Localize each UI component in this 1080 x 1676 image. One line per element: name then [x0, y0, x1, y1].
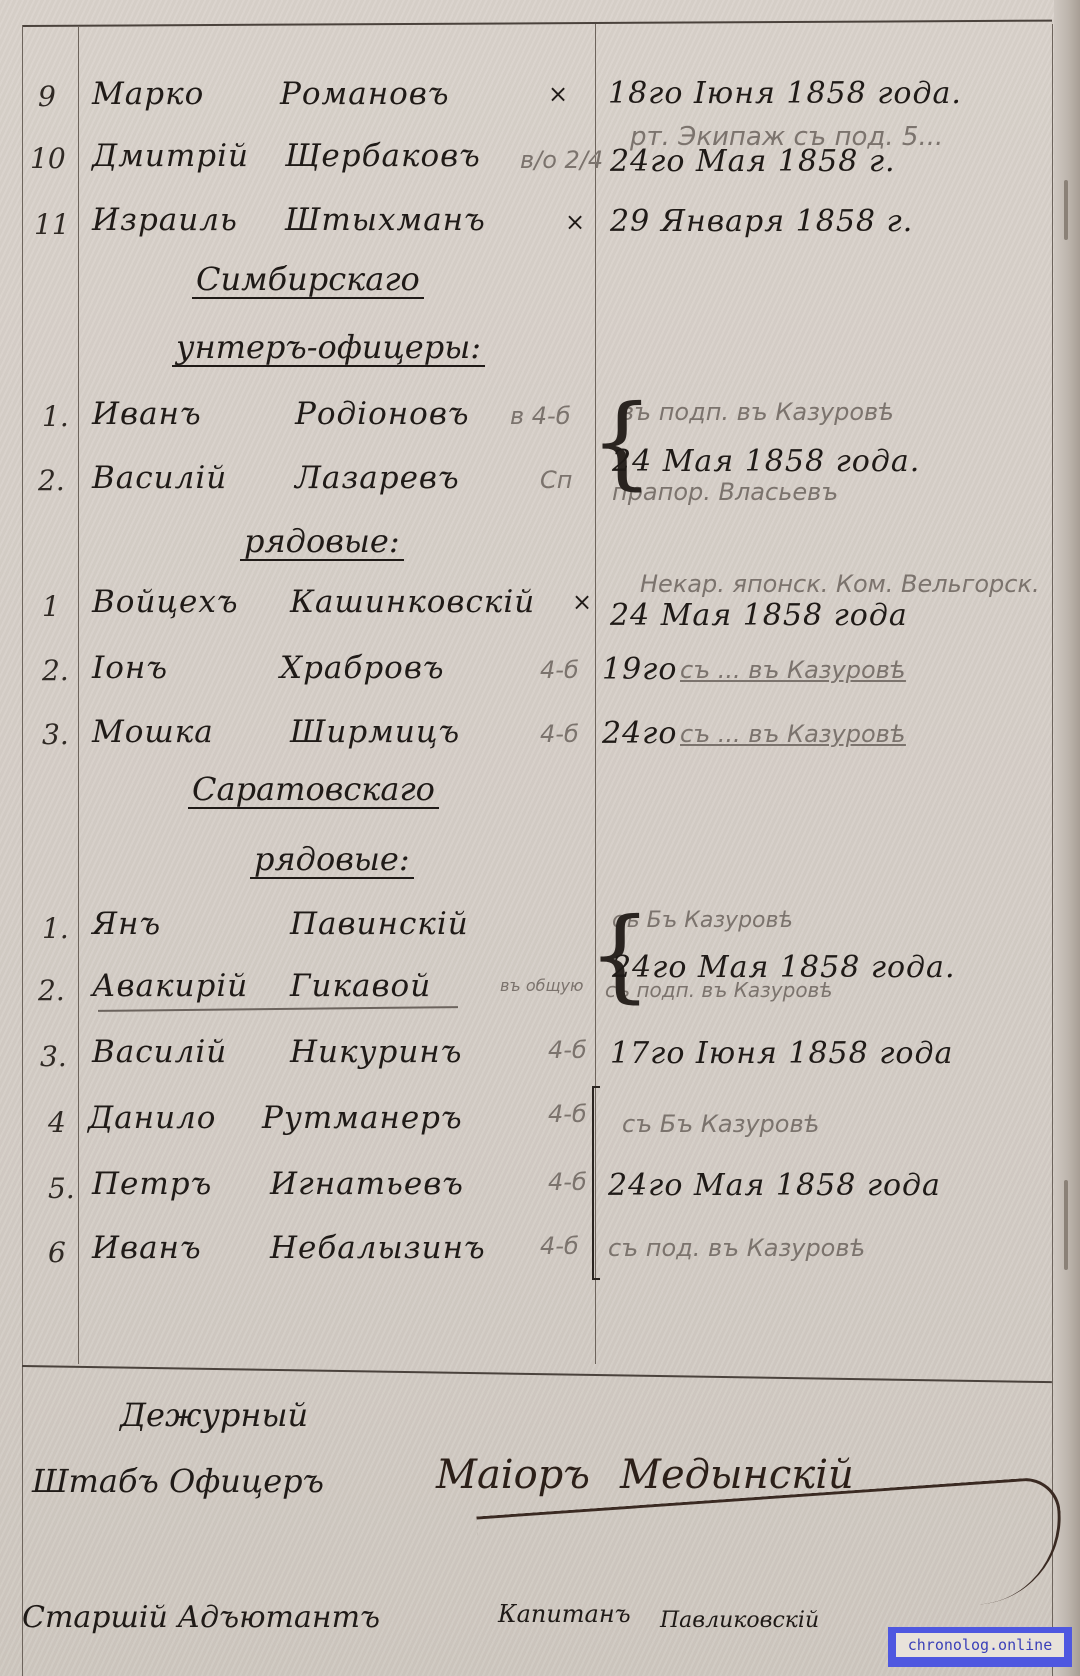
- last-name: Гикавой: [290, 968, 431, 1004]
- first-name: Войцехъ: [92, 584, 239, 620]
- status-mark: Сп: [540, 466, 572, 494]
- last-name: Родiоновъ: [295, 396, 470, 432]
- row-number: 5.: [48, 1172, 75, 1205]
- row-number: 2.: [38, 974, 65, 1007]
- status-mark: въ общую: [500, 976, 583, 995]
- first-name: Янъ: [92, 906, 161, 942]
- date-entry: 29 Января 1858 г.: [610, 204, 913, 239]
- status-mark: 4-б: [540, 1232, 579, 1260]
- row-number: 3.: [42, 718, 69, 751]
- status-mark: ×: [565, 208, 585, 236]
- date-entry: 17го Iюня 1858 года: [610, 1036, 953, 1071]
- last-name: Рутманеръ: [262, 1100, 463, 1136]
- pencil-note: съ ... въ Казуровѣ: [680, 656, 906, 684]
- first-name: Василiй: [92, 460, 227, 496]
- first-name: Израиль: [92, 202, 238, 238]
- strike-underline: [98, 1006, 458, 1012]
- subheading-nco: унтеръ-офицеры:: [172, 330, 485, 367]
- last-name: Ширмицъ: [290, 714, 460, 750]
- major-signature: Медынскiй: [620, 1452, 854, 1498]
- date-entry: 24го Мая 1858 г.: [610, 144, 896, 179]
- first-name: Iонъ: [92, 650, 168, 686]
- last-name: Романовъ: [280, 76, 450, 112]
- first-name: Авакирiй: [92, 968, 248, 1004]
- subheading-privates-saratov: рядовые:: [250, 842, 414, 879]
- status-mark: 4-б: [540, 656, 579, 684]
- date-entry: 18го Iюня 1858 года.: [608, 76, 962, 111]
- status-mark: в/о 2/4: [520, 146, 603, 174]
- last-name: Лазаревъ: [295, 460, 460, 496]
- date-entry: 24 Мая 1858 года: [610, 598, 908, 633]
- captain-rank: Капитанъ: [498, 1600, 631, 1628]
- captain-signature: Павликовскiй: [660, 1608, 819, 1633]
- page-binding-edge: [1054, 0, 1080, 1676]
- first-name: Василiй: [92, 1034, 227, 1070]
- last-name: Игнатьевъ: [270, 1166, 464, 1202]
- table-top-border: [22, 20, 1052, 27]
- first-name: Мошка: [92, 714, 214, 750]
- last-name: Храбровъ: [280, 650, 445, 686]
- section-heading-saratov: Саратовскаго: [188, 772, 439, 809]
- status-mark: ×: [572, 588, 592, 616]
- pencil-note: съ Бъ Казуровѣ: [622, 1110, 820, 1138]
- duty-title: Дежурный: [120, 1396, 308, 1434]
- staff-officer-title: Штабъ Офицеръ: [32, 1462, 324, 1500]
- last-name: Павинскiй: [290, 906, 469, 942]
- pencil-note: съ ... въ Казуровѣ: [680, 720, 906, 748]
- first-name: Данило: [88, 1100, 216, 1136]
- row-number: 4: [48, 1106, 66, 1139]
- major-rank: Маiоръ: [436, 1452, 590, 1498]
- row-number: 6: [48, 1236, 66, 1269]
- date-entry: 24го: [602, 716, 677, 751]
- group-date: 24 Мая 1858 года.: [612, 444, 920, 479]
- row-number: 1.: [42, 912, 69, 945]
- status-mark: 4-б: [548, 1036, 587, 1064]
- row-number: 1: [42, 590, 60, 623]
- senior-adjutant-title: Старшiй Адъютантъ: [22, 1600, 380, 1635]
- status-mark: в 4-б: [510, 402, 571, 430]
- table-left-border: [22, 25, 23, 1676]
- last-name: Штыхманъ: [285, 202, 486, 238]
- group-date: 24го Мая 1858 года.: [612, 950, 955, 985]
- row-number: 3.: [40, 1040, 67, 1073]
- section-heading-simbirsk: Симбирскаго: [192, 262, 424, 299]
- pencil-note: съ под. въ Казуровѣ: [608, 1234, 866, 1262]
- watermark-text: chronolog.online: [896, 1633, 1064, 1657]
- row-number: 2.: [38, 464, 65, 497]
- last-name: Кашинковскiй: [290, 584, 535, 620]
- first-name: Петръ: [92, 1166, 212, 1202]
- status-mark: 4-б: [540, 720, 579, 748]
- signature-section-divider: [22, 1365, 1052, 1383]
- last-name: Никуринъ: [290, 1034, 462, 1070]
- number-column-divider: [78, 26, 79, 1364]
- status-mark: 4-б: [548, 1168, 587, 1196]
- row-number: 10: [30, 142, 66, 175]
- table-right-border: [1052, 24, 1053, 1676]
- date-entry: 24го Мая 1858 года: [608, 1168, 941, 1203]
- pencil-note: Некар. японск. Ком. Вельгорск.: [640, 570, 1040, 598]
- status-mark: ×: [548, 80, 568, 108]
- first-name: Иванъ: [92, 1230, 202, 1266]
- row-number: 11: [34, 208, 70, 241]
- subheading-privates: рядовые:: [240, 524, 404, 561]
- last-name: Щербаковъ: [285, 138, 481, 174]
- group-bracket: [592, 1086, 600, 1280]
- last-name: Небалызинъ: [270, 1230, 486, 1266]
- first-name: Марко: [92, 76, 204, 112]
- date-entry: 19го: [602, 652, 677, 687]
- site-watermark: chronolog.online: [888, 1627, 1072, 1667]
- first-name: Дмитрiй: [92, 138, 249, 174]
- row-number: 1.: [42, 400, 69, 433]
- pencil-note: въ подп. въ Казуровѣ: [620, 398, 894, 426]
- first-name: Иванъ: [92, 396, 202, 432]
- row-number: 9: [38, 80, 56, 113]
- status-mark: 4-б: [548, 1100, 587, 1128]
- row-number: 2.: [42, 654, 69, 687]
